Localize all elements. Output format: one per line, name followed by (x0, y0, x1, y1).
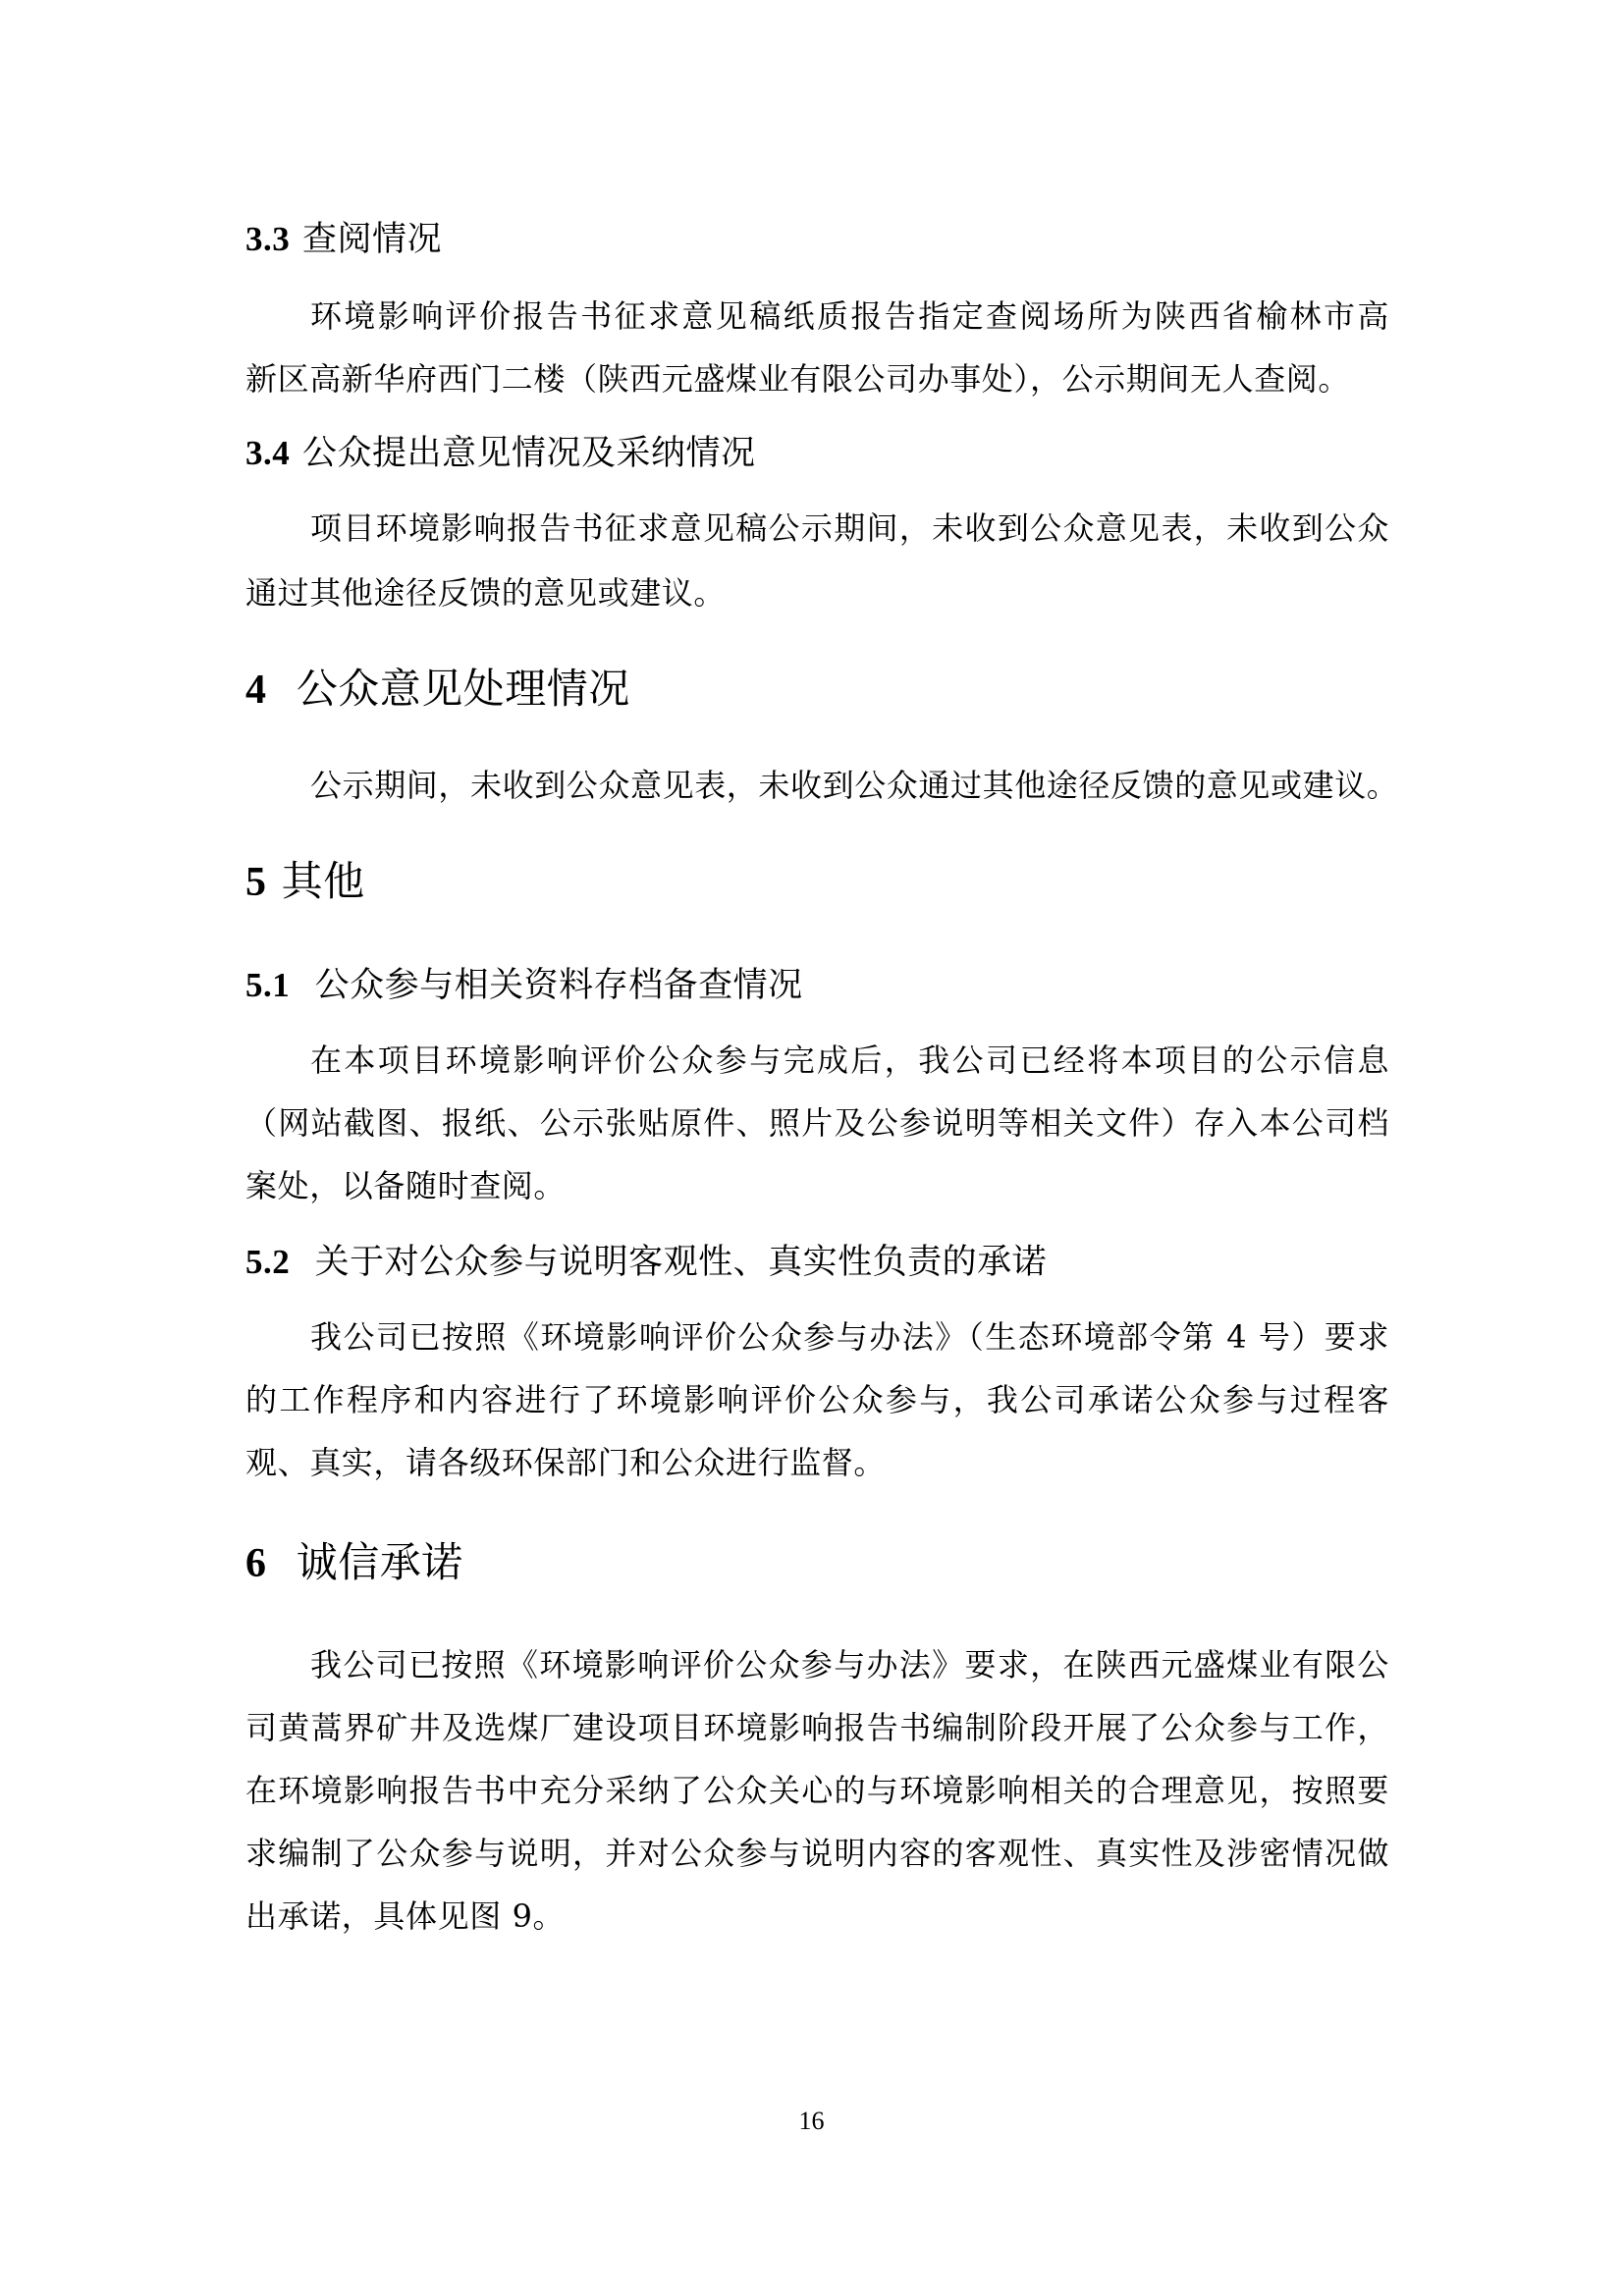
section-number: 5.2 (245, 1243, 290, 1281)
section-heading-6: 6 诚信承诺 (245, 1537, 463, 1589)
section-title: 关于对公众参与说明客观性、真实性负责的承诺 (315, 1243, 1048, 1282)
paragraph-line: 通过其他途径反馈的意见或建议。 (245, 573, 726, 613)
document-page: 3.3 查阅情况 环境影响评价报告书征求意见稿纸质报告指定查阅场所为陕西省榆林市… (0, 0, 1623, 2296)
section-title: 公众提出意见情况及采纳情况 (302, 434, 756, 473)
paragraph-line: 我公司已按照《环境影响评价公众参与办法》要求，在陕西元盛煤业有限公 (310, 1645, 1389, 1684)
section-heading-5: 5 其他 (245, 856, 365, 908)
section-heading-3-3: 3.3 查阅情况 (245, 218, 442, 261)
section-heading-4: 4 公众意见处理情况 (245, 664, 630, 716)
section-heading-3-4: 3.4 公众提出意见情况及采纳情况 (245, 432, 755, 475)
section-title: 其他 (282, 857, 365, 905)
paragraph-line: 求编制了公众参与说明，并对公众参与说明内容的客观性、真实性及涉密情况做 (245, 1834, 1389, 1873)
section-number: 5.1 (245, 966, 290, 1004)
section-heading-5-2: 5.2 关于对公众参与说明客观性、真实性负责的承诺 (245, 1241, 1047, 1284)
section-heading-5-1: 5.1 公众参与相关资料存档备查情况 (245, 964, 803, 1007)
paragraph-line: 出承诺，具体见图 9。 (245, 1896, 565, 1936)
paragraph-line: 环境影响评价报告书征求意见稿纸质报告指定查阅场所为陕西省榆林市高 (310, 296, 1389, 336)
paragraph-line: 在环境影响报告书中充分采纳了公众关心的与环境影响相关的合理意见，按照要 (245, 1771, 1389, 1810)
paragraph-line: （网站截图、报纸、公示张贴原件、照片及公参说明等相关文件）存入本公司档 (245, 1103, 1389, 1143)
section-number: 3.3 (245, 220, 290, 258)
paragraph-line: 公示期间，未收到公众意见表，未收到公众通过其他途径反馈的意见或建议。 (310, 766, 1389, 805)
section-title: 公众参与相关资料存档备查情况 (315, 966, 803, 1005)
page-number: 16 (0, 2107, 1623, 2136)
section-title: 查阅情况 (302, 220, 442, 259)
section-number: 6 (245, 1541, 267, 1586)
section-number: 3.4 (245, 434, 290, 472)
paragraph-line: 我公司已按照《环境影响评价公众参与办法》（生态环境部令第 4 号）要求 (310, 1317, 1389, 1357)
section-title: 诚信承诺 (297, 1538, 463, 1586)
section-number: 5 (245, 860, 267, 905)
paragraph-line: 司黄蒿界矿井及选煤厂建设项目环境影响报告书编制阶段开展了公众参与工作， (245, 1708, 1389, 1747)
section-number: 4 (245, 667, 267, 713)
paragraph-line: 新区高新华府西门二楼（陕西元盛煤业有限公司办事处），公示期间无人查阅。 (245, 359, 1350, 399)
section-title: 公众意见处理情况 (297, 665, 630, 713)
paragraph-line: 项目环境影响报告书征求意见稿公示期间，未收到公众意见表，未收到公众 (310, 508, 1389, 548)
paragraph-line: 观、真实，请各级环保部门和公众进行监督。 (245, 1443, 886, 1482)
paragraph-line: 在本项目环境影响评价公众参与完成后，我公司已经将本项目的公示信息 (310, 1041, 1389, 1080)
paragraph-line: 的工作程序和内容进行了环境影响评价公众参与，我公司承诺公众参与过程客 (245, 1380, 1389, 1419)
paragraph-line: 案处，以备随时查阅。 (245, 1166, 566, 1205)
